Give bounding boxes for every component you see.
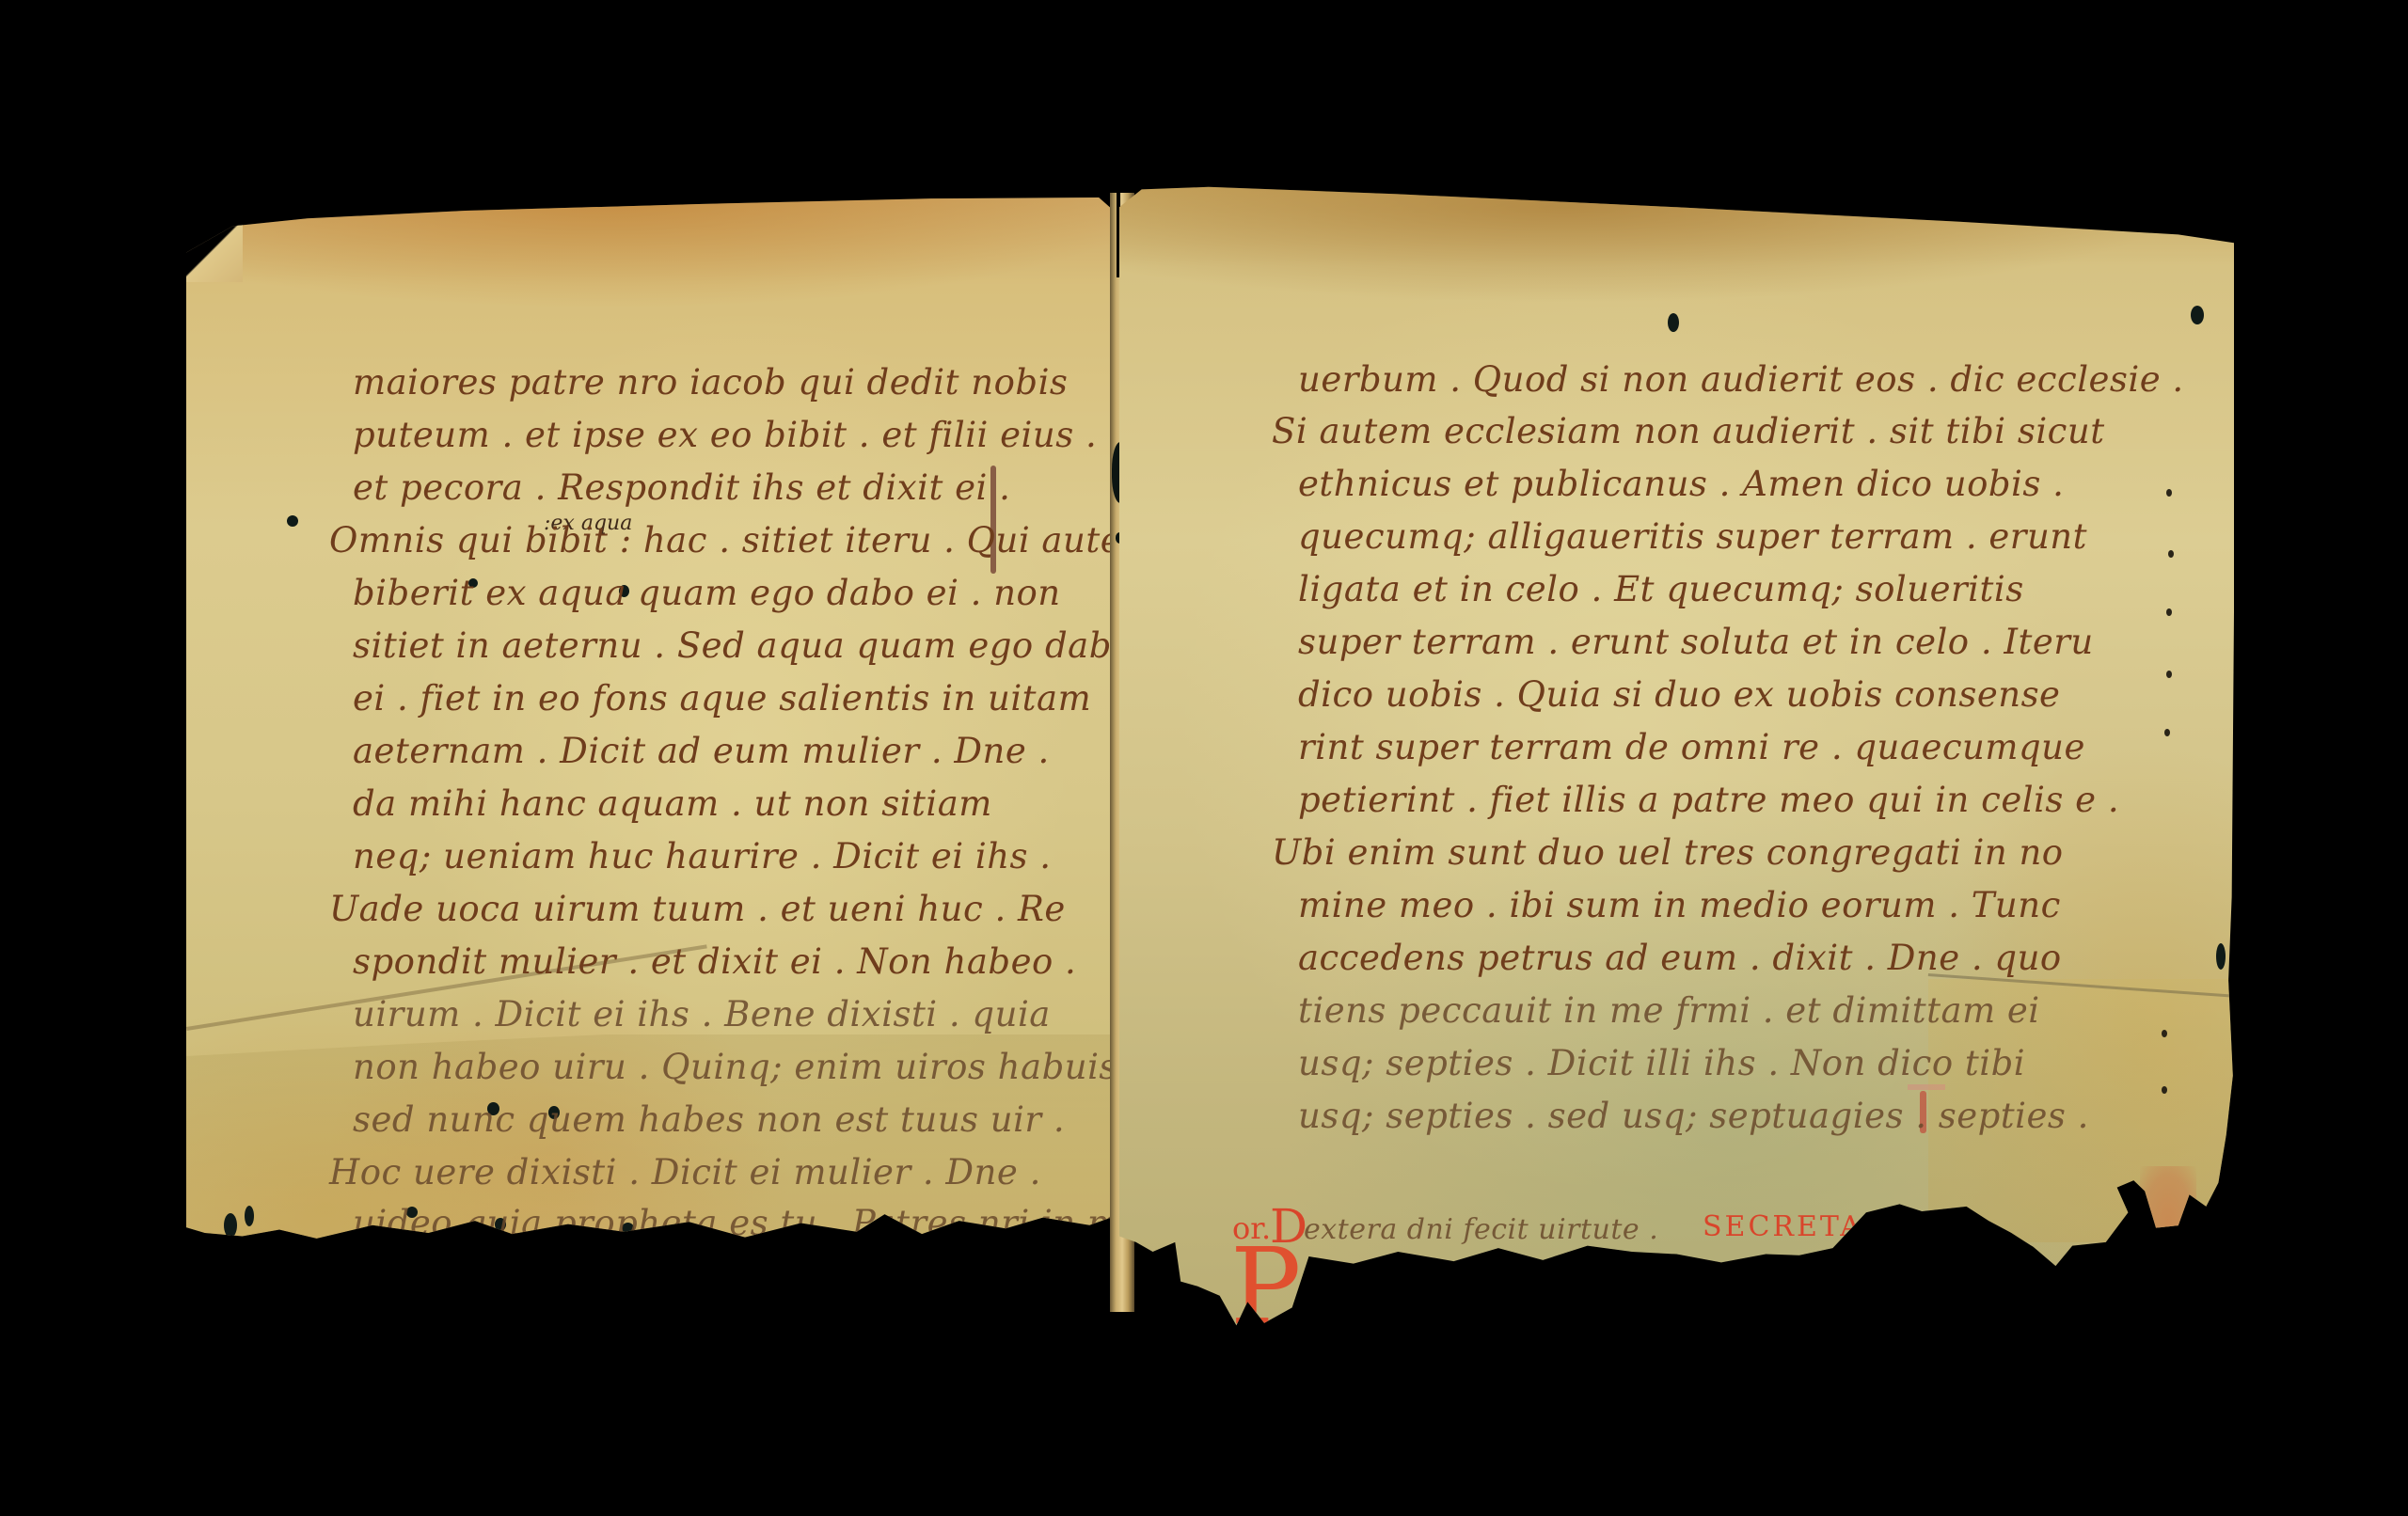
text-line: quecumq; alligaueritis super terram . er… [1298,519,2087,554]
text-line: petierint . fiet illis a patre meo qui i… [1298,782,2119,817]
pricking-hole [2168,550,2174,558]
text-line: aeternam . Dicit ad eum mulier . Dne . [353,734,1050,768]
stain-patch [2140,1166,2196,1279]
text-line: sitiet in aeternu . Sed aqua quam ego da… [353,628,1117,663]
text-line: uerbum . Quod si non audierit eos . dic … [1298,362,2184,397]
red-initial-p: P [1230,1235,1301,1340]
secreta-text: er hec ueniat qs dne sacramenta nr [1298,1276,1892,1308]
ink-spot [245,1206,254,1226]
ink-spot [287,515,298,527]
text-line: dico uobis . Quia si duo ex uobis consen… [1298,677,2060,712]
pricking-hole [2166,608,2172,616]
left-leaf: maiores patre nro iacob qui dedit nobis … [186,197,1117,1298]
text-line: neq; ueniam huc haurire . Dicit ei ihs . [353,839,1052,874]
text-line: Uade uoca uirum tuum . et ueni huc . Re [329,892,1066,926]
ink-spot [1668,313,1679,332]
text-line: super terram . erunt soluta et in celo .… [1298,624,2094,659]
text-line: maiores patre nro iacob qui dedit nobis [353,365,1068,400]
text-line: mine meo . ibi sum in medio eorum . Tunc [1298,888,2061,923]
text-line: non habeo uiru . Quinq; enim uiros habui… [353,1050,1117,1084]
text-line: uideo quia propheta es tu . Patres nri i… [353,1206,1117,1240]
text-line: ethnicus et publicanus . Amen dico uobis… [1298,466,2064,501]
text-line: puteum . et ipse ex eo bibit . et filii … [353,418,1097,452]
ink-spot [2216,943,2226,970]
text-line: Ubi enim sunt duo uel tres congregati in… [1272,835,2064,870]
text-line: spondit mulier . et dixit ei . Non habeo… [353,944,1076,979]
pricking-hole [2162,1086,2167,1094]
pricking-hole [2166,671,2172,678]
text-line: ligata et in celo . Et quecumq; soluerit… [1298,572,2024,607]
text-line: da mihi hanc aquam . ut non sitiam [353,786,992,821]
text-line: et pecora . Respondit ihs et dixit ei . [353,470,1010,505]
ink-spot [2191,306,2204,324]
right-leaf: uerbum . Quod si non audierit eos . dic … [1119,183,2234,1373]
manuscript-photo: maiores patre nro iacob qui dedit nobis … [0,0,2408,1516]
text-line: Omnis qui bibit : hac . sitiet iteru . Q… [329,523,1117,558]
text-line: sed nunc quem habes non est tuus uir . [353,1102,1065,1137]
secreta-heading: SECRETA . [1703,1210,1887,1243]
pricking-hole [2162,1030,2167,1037]
text-line: accedens petrus ad eum . dixit . Dne . q… [1298,940,2062,975]
text-line: rint super terram de omni re . quaecumqu… [1298,730,2085,765]
red-marginal-mark [1908,1084,1945,1090]
text-line: uirum . Dicit ei ihs . Bene dixisti . qu… [353,997,1051,1032]
text-line: usq; septies . Dicit illi ihs . Non dico… [1298,1046,2025,1081]
dog-ear-corner [186,216,243,282]
text-line: ei . fiet in eo fons aque salientis in u… [353,681,1091,716]
text-line: Si autem ecclesiam non audierit . sit ti… [1272,414,2105,449]
offertory-text: extera dni fecit uirtute . [1304,1216,1658,1244]
text-line: tiens peccauit in me frmi . et dimittam … [1298,993,2040,1028]
pricking-hole [2164,729,2170,736]
pricking-hole [2166,489,2172,497]
text-line: usq; septies . sed usq; septuagies . sep… [1298,1098,2089,1133]
ink-spot [224,1213,237,1238]
text-line: biberit ex aqua quam ego dabo ei . non [353,576,1061,610]
text-line: Hoc uere dixisti . Dicit ei mulier . Dne… [329,1155,1041,1190]
